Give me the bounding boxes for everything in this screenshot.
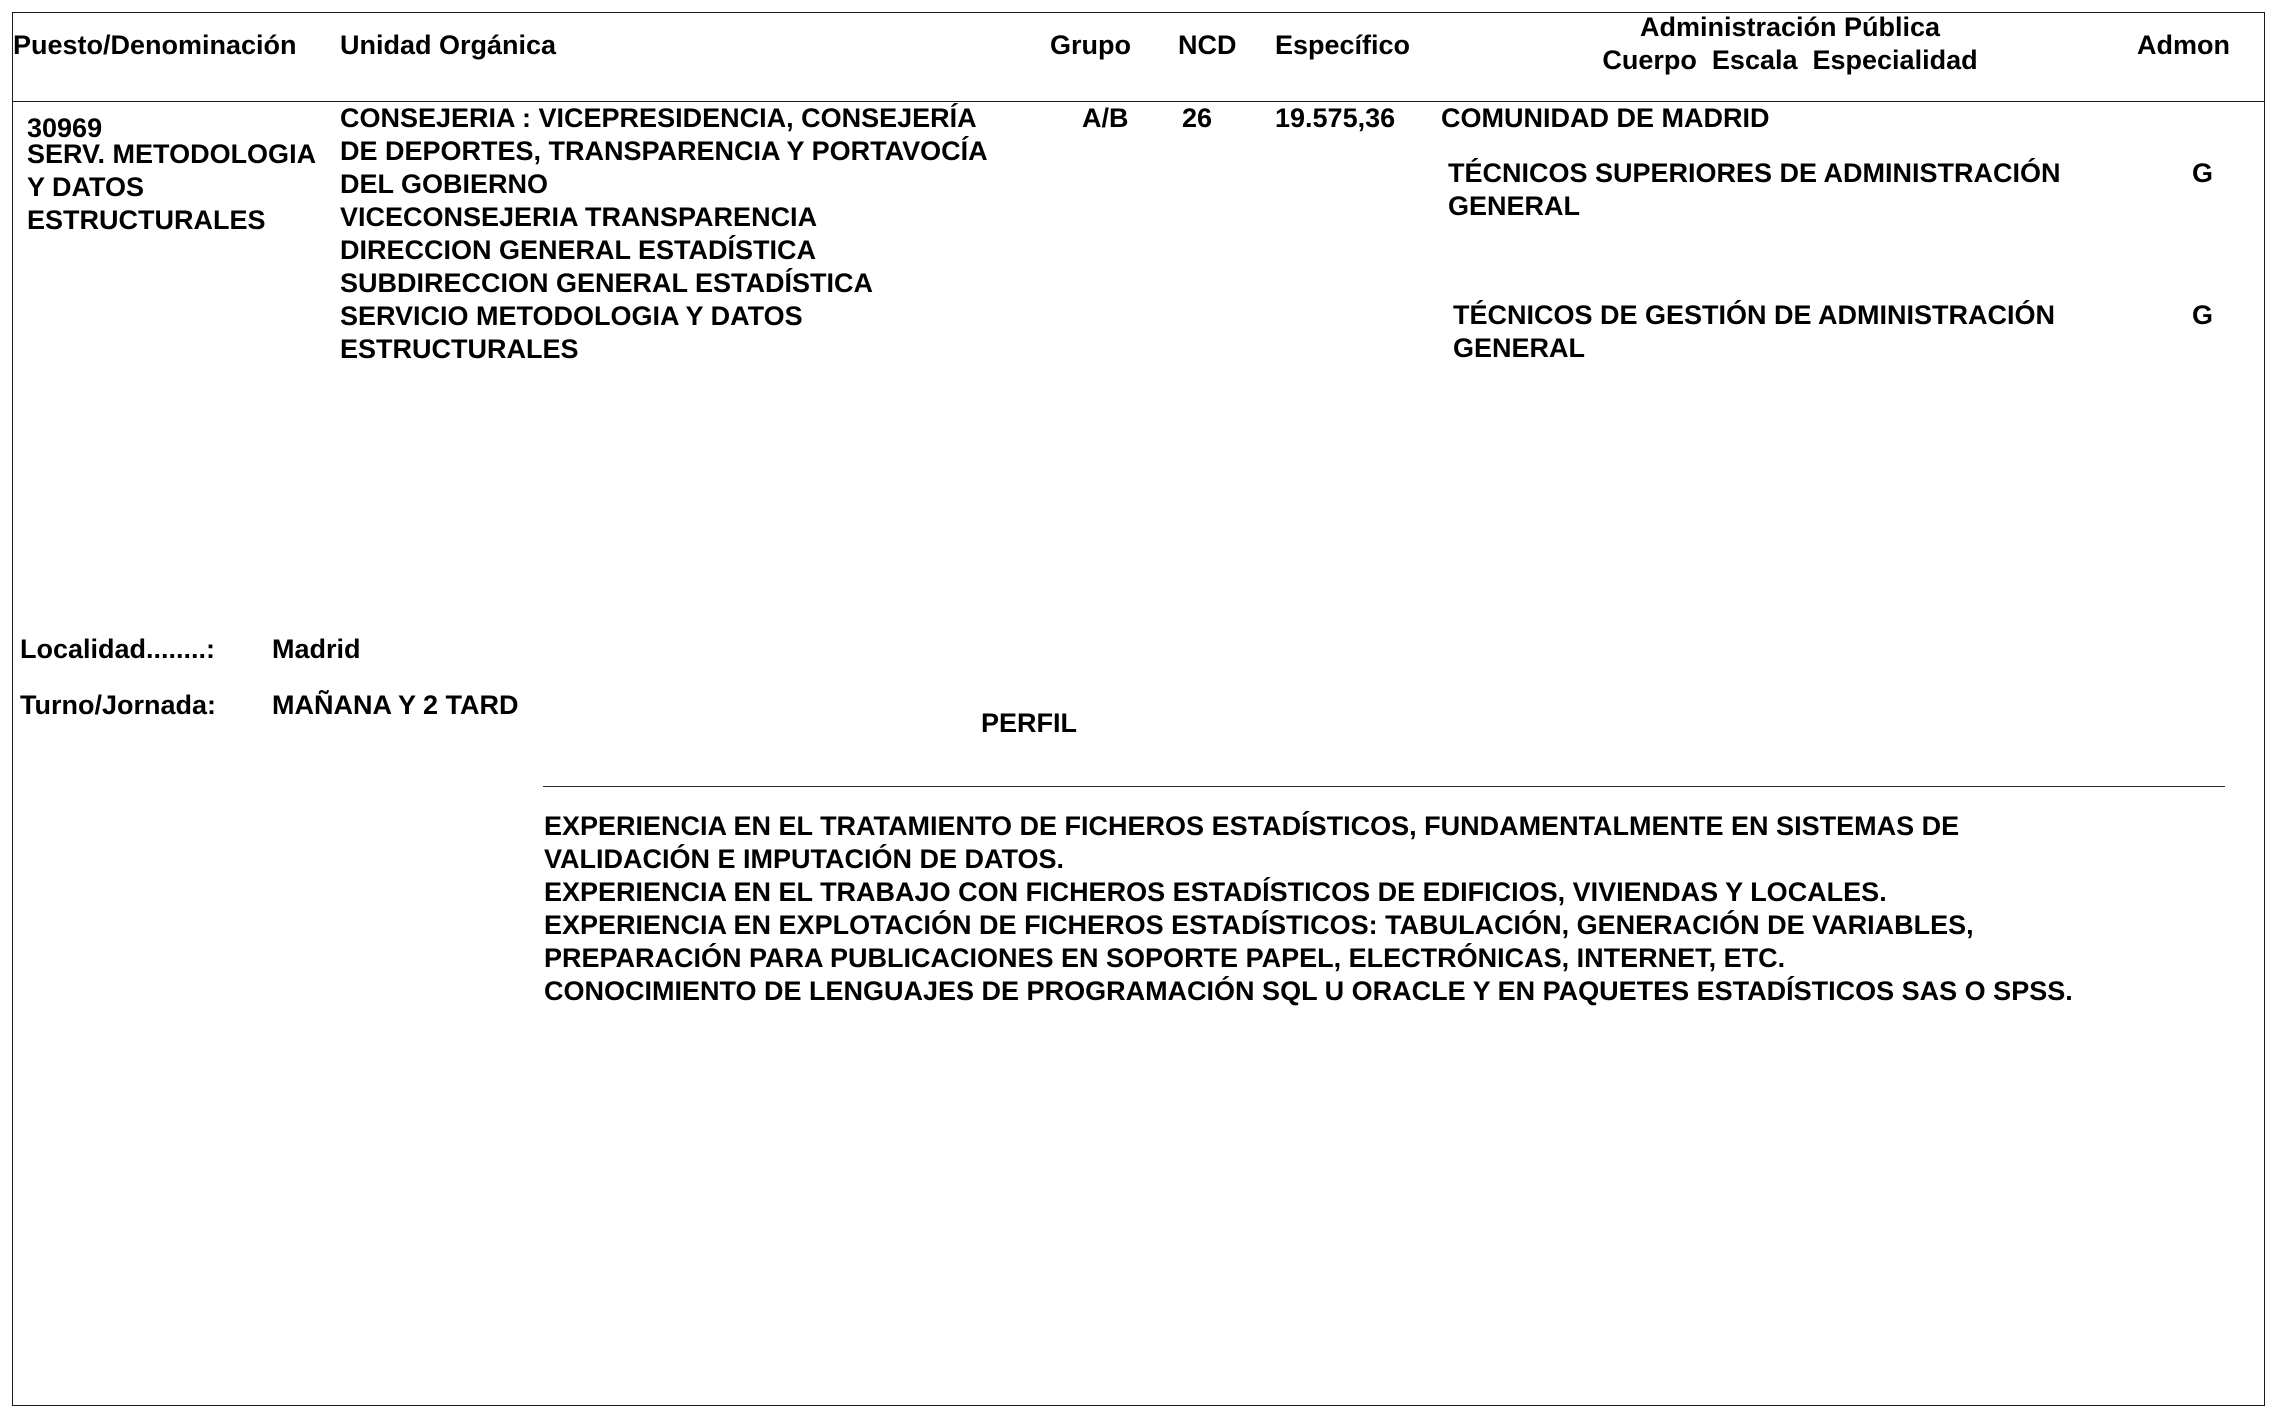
perfil-line: VALIDACIÓN E IMPUTACIÓN DE DATOS. [544,843,2073,876]
perfil-line: EXPERIENCIA EN EXPLOTACIÓN DE FICHEROS E… [544,909,2073,942]
header-administracion-publica: Administración Pública [1530,11,2050,44]
especifico-value: 19.575,36 [1275,102,1395,135]
unidad-organica-line: SERVICIO METODOLOGIA Y DATOS [340,300,988,333]
cuerpo-line: GENERAL [1453,332,2055,365]
cuerpo-entry: TÉCNICOS DE GESTIÓN DE ADMINISTRACIÓN GE… [1453,299,2055,365]
puesto-denominacion-line: ESTRUCTURALES [27,204,316,237]
ncd-value: 26 [1182,102,1212,135]
perfil-title: PERFIL [981,707,1077,740]
unidad-organica: CONSEJERIA : VICEPRESIDENCIA, CONSEJERÍA… [340,102,988,366]
cuerpo-line: GENERAL [1448,190,2061,223]
puesto-denominacion-line: SERV. METODOLOGIA [27,138,316,171]
unidad-organica-line: DIRECCION GENERAL ESTADÍSTICA [340,234,988,267]
unidad-organica-line: DE DEPORTES, TRANSPARENCIA Y PORTAVOCÍA [340,135,988,168]
unidad-organica-line: DEL GOBIERNO [340,168,988,201]
cuerpo-line: TÉCNICOS DE GESTIÓN DE ADMINISTRACIÓN [1453,299,2055,332]
perfil-line: CONOCIMIENTO DE LENGUAJES DE PROGRAMACIÓ… [544,975,2073,1008]
grupo-value: A/B [1082,102,1129,135]
turno-value: MAÑANA Y 2 TARD [272,689,519,722]
puesto-denominacion-line: Y DATOS [27,171,316,204]
header-grupo: Grupo [1050,29,1131,62]
cuerpo-admon: G [2192,299,2213,332]
header-ncd: NCD [1178,29,1237,62]
cuerpo-line: TÉCNICOS SUPERIORES DE ADMINISTRACIÓN [1448,157,2061,190]
unidad-organica-line: CONSEJERIA : VICEPRESIDENCIA, CONSEJERÍA [340,102,988,135]
header-admon: Admon [2137,29,2230,62]
puesto-denominacion: SERV. METODOLOGIA Y DATOS ESTRUCTURALES [27,138,316,237]
perfil-line: PREPARACIÓN PARA PUBLICACIONES EN SOPORT… [544,942,2073,975]
header-unidad-organica: Unidad Orgánica [340,29,556,62]
unidad-organica-line: ESTRUCTURALES [340,333,988,366]
header-puesto: Puesto/Denominación [13,29,297,62]
cuerpo-entry: TÉCNICOS SUPERIORES DE ADMINISTRACIÓN GE… [1448,157,2061,223]
turno-label: Turno/Jornada: [20,689,216,722]
perfil-divider [543,786,2225,787]
perfil-line: EXPERIENCIA EN EL TRABAJO CON FICHEROS E… [544,876,2073,909]
administracion-value: COMUNIDAD DE MADRID [1441,102,1769,135]
localidad-value: Madrid [272,633,361,666]
unidad-organica-line: VICECONSEJERIA TRANSPARENCIA [340,201,988,234]
perfil-text: EXPERIENCIA EN EL TRATAMIENTO DE FICHERO… [544,810,2073,1008]
header-cuerpo-escala-especialidad: Cuerpo Escala Especialidad [1530,44,2050,77]
perfil-line: EXPERIENCIA EN EL TRATAMIENTO DE FICHERO… [544,810,2073,843]
localidad-label: Localidad........: [20,633,215,666]
cuerpo-admon: G [2192,157,2213,190]
header-especifico: Específico [1275,29,1410,62]
unidad-organica-line: SUBDIRECCION GENERAL ESTADÍSTICA [340,267,988,300]
